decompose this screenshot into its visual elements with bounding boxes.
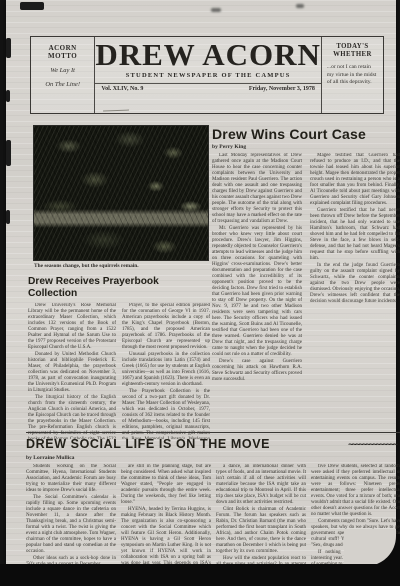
court-case-column-2: Magee testified that Guerriero had refus…	[310, 153, 400, 415]
photo-caption: The seasons change, but the squirrels re…	[34, 263, 208, 269]
paragraph: Clint Bolick is chairman of Academic For…	[216, 507, 306, 555]
paragraph: Donated by United Methodist Church histo…	[28, 352, 116, 394]
paragraph: In the end the judge found Guerriero gui…	[310, 263, 400, 305]
paragraph: Magee testified that Guerriero had refus…	[310, 153, 400, 207]
scan-bottom-edge	[0, 564, 400, 586]
weather-box: TODAY'S WHETHER ...or not I can retain m…	[321, 37, 383, 113]
court-case-columns: Last Monday representatives of Drew gath…	[212, 153, 400, 415]
scan-smudge	[211, 8, 221, 12]
paragraph: The Social Committee's calendar is rapid…	[26, 495, 116, 555]
scan-smudge	[6, 90, 10, 102]
social-life-column-3: a dance, an international dinner with ty…	[216, 464, 306, 564]
court-case-headline: Drew Wins Court Case	[212, 127, 400, 142]
paragraph: Guerriero testified that he had never be…	[310, 208, 400, 262]
paragraph: Drew University's Rose Memorial Library …	[28, 303, 116, 351]
weather-box-text: ...or not I can retain my virtue in the …	[327, 64, 378, 87]
scan-smudge	[20, 2, 44, 10]
section-rule	[26, 432, 400, 433]
prayerbook-headline: Drew Receives Prayerbook Collection	[28, 276, 210, 300]
scanned-page: ACORN MOTTO We Lay It On The Line! DREW …	[0, 0, 400, 586]
paragraph: a dance, an international dinner with ty…	[216, 464, 306, 506]
paragraph: Prayer, to the special edition prepared …	[122, 303, 210, 351]
prayerbook-columns: Drew University's Rose Memorial Library …	[28, 303, 210, 439]
paper-title: DREW ACORN	[95, 38, 321, 72]
masthead: ACORN MOTTO We Lay It On The Line! DREW …	[30, 36, 384, 114]
paragraph: Last Monday representatives of Drew gath…	[212, 153, 302, 225]
pen-mark	[103, 107, 129, 112]
paragraph: Drew's case against Guerriero concerning…	[212, 359, 302, 383]
scan-smudge	[296, 4, 304, 8]
paper-subtitle: STUDENT NEWSPAPER OF THE CAMPUS	[126, 72, 291, 79]
social-life-byline: by Lorraine Mullica	[26, 455, 400, 461]
volume-number: Vol. XLIV, No. 9	[101, 86, 143, 92]
issue-date: Friday, November 3, 1978	[249, 86, 315, 92]
paragraph: are still in the planning stage, but are…	[121, 464, 211, 506]
motto-box: ACORN MOTTO We Lay It On The Line!	[31, 37, 95, 113]
prayerbook-column-1: Drew University's Rose Memorial Library …	[28, 303, 116, 439]
article-prayerbook: Drew Receives Prayerbook Collection Drew…	[28, 276, 210, 439]
motto-box-title: ACORN MOTTO	[31, 44, 94, 60]
weather-box-title: TODAY'S WHETHER	[327, 43, 378, 59]
scribble-mark: ~~~~~~~~~~~~~~	[348, 440, 396, 450]
scan-smudge	[6, 38, 11, 58]
paragraph: HYENA, headed by Terrina Huggins, is mak…	[121, 507, 211, 564]
court-case-column-1: Last Monday representatives of Drew gath…	[212, 153, 302, 415]
court-case-byline: by Perry King	[212, 144, 400, 150]
social-life-column-1: Students working on the Social Committee…	[26, 464, 116, 564]
paragraph: How will the student population react to…	[216, 556, 306, 564]
campus-photo	[34, 126, 208, 260]
social-life-headline: DREW SOCIAL LIFE IS ON THE MOVE	[26, 437, 270, 451]
motto-line-2: On The Line!	[31, 81, 94, 88]
scan-smudge	[6, 140, 11, 166]
paragraph: Mr. Guerriero was represented by his bro…	[212, 226, 302, 358]
prayerbook-column-2: Prayer, to the special edition prepared …	[122, 303, 210, 439]
dateline: Vol. XLIV, No. 9 Friday, November 3, 197…	[95, 83, 321, 92]
paragraph: Other ideas such as a sock-hop done in '…	[26, 556, 116, 564]
article-court-case: Drew Wins Court Case by Perry King Last …	[212, 127, 400, 415]
masthead-center: DREW ACORN STUDENT NEWSPAPER OF THE CAMP…	[95, 37, 321, 113]
paragraph: Students working on the Social Committee…	[26, 464, 116, 494]
paragraph: Unusual prayerbooks in the collection in…	[122, 352, 210, 388]
social-life-column-2: are still in the planning stage, but are…	[121, 464, 211, 564]
scan-smudge	[6, 210, 10, 224]
newspaper-page: ACORN MOTTO We Lay It On The Line! DREW …	[6, 0, 396, 564]
motto-line-1: We Lay It	[31, 67, 94, 74]
paragraph: five Drew students, selected at random, …	[311, 464, 400, 518]
